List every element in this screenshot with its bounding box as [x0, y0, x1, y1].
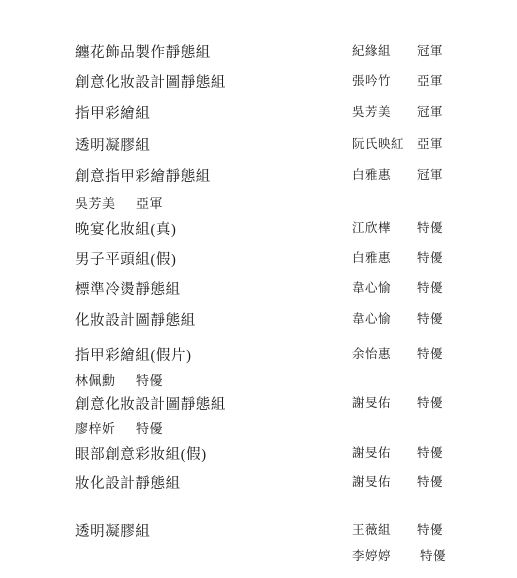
category-label: 男子平頭組(假)	[75, 248, 176, 269]
result-row: 纏花飾品製作靜態組 紀緣組 冠軍	[0, 41, 517, 59]
category-label: 妝化設計靜態組	[75, 472, 181, 493]
result-row: 透明凝膠組 阮氏映紅 亞軍	[0, 134, 517, 152]
contestant-name: 吳芳美	[352, 102, 391, 120]
contestant-name: 韋心愉	[352, 278, 391, 296]
results-document-page: 纏花飾品製作靜態組 紀緣組 冠軍 創意化妝設計圖靜態組 張吟竹 亞軍 指甲彩繪組…	[0, 0, 517, 578]
contestant-name: 謝旻佑	[352, 393, 391, 411]
result-row: 透明凝膠組 王薇組 特優	[0, 520, 517, 538]
result-row: 指甲彩繪組 吳芳美 冠軍	[0, 102, 517, 120]
award-label: 特優	[417, 248, 443, 266]
contestant-name: 韋心愉	[352, 309, 391, 327]
category-label: 指甲彩繪組(假片)	[75, 344, 192, 365]
contestant-name: 廖梓妡	[75, 418, 116, 437]
award-label: 特優	[417, 393, 443, 411]
award-label: 亞軍	[136, 193, 163, 212]
award-label: 冠軍	[417, 102, 443, 120]
result-row: 創意指甲彩繪靜態組 白雅惠 冠軍	[0, 165, 517, 183]
award-label: 特優	[417, 344, 443, 362]
contestant-name: 白雅惠	[352, 165, 391, 183]
result-row: 男子平頭組(假) 白雅惠 特優	[0, 248, 517, 266]
award-label: 特優	[417, 443, 443, 461]
result-row-continuation: 林佩勳 特優	[0, 370, 517, 388]
result-row-continuation: 廖梓妡 特優	[0, 418, 517, 436]
category-label: 眼部創意彩妝組(假)	[75, 443, 207, 464]
contestant-name: 謝旻佑	[352, 443, 391, 461]
contestant-name: 林佩勳	[75, 370, 116, 389]
contestant-name: 謝旻佑	[352, 472, 391, 490]
category-label: 透明凝膠組	[75, 134, 151, 155]
result-row: 妝化設計靜態組 謝旻佑 特優	[0, 472, 517, 490]
award-label: 特優	[420, 546, 446, 564]
result-row: 化妝設計圖靜態組 韋心愉 特優	[0, 309, 517, 327]
contestant-name: 白雅惠	[352, 248, 391, 266]
award-label: 亞軍	[417, 134, 443, 152]
award-label: 亞軍	[417, 71, 443, 89]
result-row: 指甲彩繪組(假片) 余怡惠 特優	[0, 344, 517, 362]
result-row-continuation: 吳芳美 亞軍	[0, 193, 517, 211]
contestant-name: 李婷婷	[352, 546, 391, 564]
result-row: 標準冷燙靜態組 韋心愉 特優	[0, 278, 517, 296]
contestant-name: 江欣樺	[352, 218, 391, 236]
result-row: 創意化妝設計圖靜態組 張吟竹 亞軍	[0, 71, 517, 89]
result-row: 晚宴化妝組(真) 江欣樺 特優	[0, 218, 517, 236]
result-row: 創意化妝設計圖靜態組 謝旻佑 特優	[0, 393, 517, 411]
award-label: 特優	[417, 520, 443, 538]
award-label: 特優	[417, 472, 443, 490]
category-label: 標準冷燙靜態組	[75, 278, 181, 299]
contestant-name: 王薇組	[352, 520, 391, 538]
contestant-name: 紀緣組	[352, 41, 391, 59]
award-label: 冠軍	[417, 41, 443, 59]
category-label: 化妝設計圖靜態組	[75, 309, 196, 330]
award-label: 特優	[417, 278, 443, 296]
category-label: 透明凝膠組	[75, 520, 151, 541]
category-label: 創意化妝設計圖靜態組	[75, 71, 226, 92]
contestant-name: 吳芳美	[75, 193, 116, 212]
result-row: 眼部創意彩妝組(假) 謝旻佑 特優	[0, 443, 517, 461]
contestant-name: 余怡惠	[352, 344, 391, 362]
result-row-continuation: 李婷婷 特優	[0, 546, 517, 564]
award-label: 特優	[136, 370, 163, 389]
contestant-name: 阮氏映紅	[352, 134, 404, 152]
category-label: 指甲彩繪組	[75, 102, 151, 123]
category-label: 晚宴化妝組(真)	[75, 218, 176, 239]
award-label: 特優	[417, 309, 443, 327]
award-label: 冠軍	[417, 165, 443, 183]
category-label: 創意化妝設計圖靜態組	[75, 393, 226, 414]
contestant-name: 張吟竹	[352, 71, 391, 89]
award-label: 特優	[417, 218, 443, 236]
category-label: 纏花飾品製作靜態組	[75, 41, 211, 62]
award-label: 特優	[136, 418, 163, 437]
category-label: 創意指甲彩繪靜態組	[75, 165, 211, 186]
